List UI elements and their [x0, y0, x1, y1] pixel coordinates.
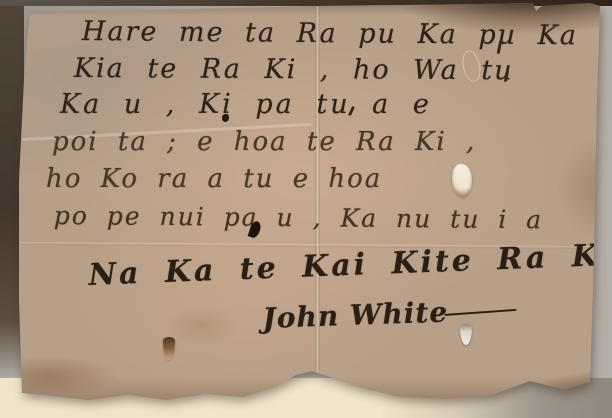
ink-speck — [222, 114, 229, 122]
manuscript-paper: Hare me ta Ra pu Ka pu Ka Kia te Ra Ki ,… — [0, 0, 612, 418]
paper-hole-bottom-right — [460, 324, 472, 345]
photographed-manuscript-scene: Hare me ta Ra pu Ka pu Ka Kia te Ra Ki ,… — [0, 0, 612, 418]
manuscript-line-3: Ka u , Ki pa tu a e — [60, 89, 432, 120]
manuscript-line-6: po pe nui pa u , Ka nu tu i a — [54, 201, 544, 234]
paper-surface: Hare me ta Ra pu Ka pu Ka Kia te Ra Ki ,… — [0, 0, 612, 418]
signature-flourish — [444, 309, 516, 316]
signature: John White — [262, 293, 517, 335]
manuscript-line-1: Hare me ta Ra pu Ka pu Ka — [82, 16, 578, 51]
paper-hole-right-middle — [452, 164, 472, 197]
signature-text: John White — [262, 296, 449, 335]
manuscript-line-2: Kia te Ra Ki , ho Wa tu — [74, 53, 514, 86]
manuscript-line-5: ho Ko ra a tu e hoa — [46, 164, 382, 194]
paper-hole-bottom-left — [163, 337, 175, 360]
manuscript-line-4: poi ta ; e hoa te Ra Ki , — [52, 127, 476, 157]
